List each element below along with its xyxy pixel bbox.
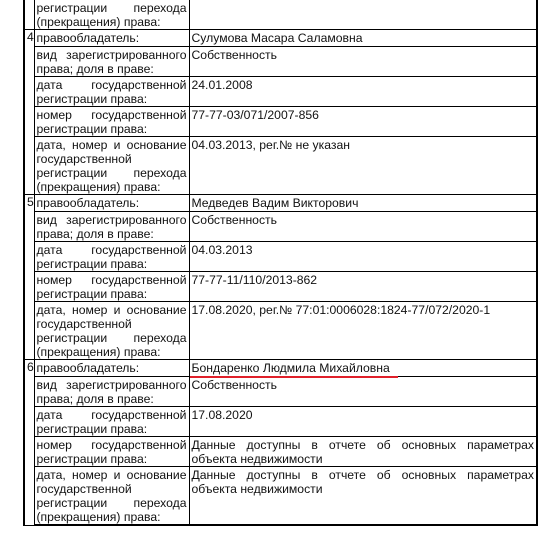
label-owner: правообладатель: (34, 30, 189, 47)
label-registration-date: дата государственной регистрации права: (34, 242, 189, 272)
row-label: регистрации перехода (прекращения) права… (34, 0, 189, 30)
value-right-type: Собственность (189, 47, 537, 77)
value-transfer-info: 04.03.2013, рег.№ не указан (189, 137, 537, 195)
label-owner: правообладатель: (34, 360, 189, 377)
table-row: 5правообладатель:Медведев Вадим Викторов… (24, 195, 537, 212)
label-right-type: вид зарегистрированного права; доля в пр… (34, 47, 189, 77)
label-right-type: вид зарегистрированного права; доля в пр… (34, 212, 189, 242)
value-right-type: Собственность (189, 377, 537, 407)
record-number: 4 (24, 30, 34, 195)
value-transfer-info: Данные доступны в отчете об основных пар… (189, 467, 537, 526)
value-registration-date: 17.08.2020 (189, 407, 537, 437)
value-right-type: Собственность (189, 212, 537, 242)
value-registration-date: 04.03.2013 (189, 242, 537, 272)
record-number-cell (24, 0, 34, 30)
table-row: дата, номер и основание государственной … (24, 467, 537, 526)
rights-register-document: регистрации перехода (прекращения) права… (23, 0, 538, 526)
label-registration-date: дата государственной регистрации права: (34, 407, 189, 437)
label-right-type: вид зарегистрированного права; доля в пр… (34, 377, 189, 407)
value-owner: Медведев Вадим Викторович (189, 195, 537, 212)
highlighted-owner-name: Бондаренко Людмила Михайловна (192, 361, 390, 375)
label-line: регистрации перехода (37, 1, 187, 15)
label-registration-date: дата государственной регистрации права: (34, 77, 189, 107)
table-row: номер государственной регистрации права:… (24, 437, 537, 467)
value-owner: Бондаренко Людмила Михайловна (189, 360, 537, 377)
table-row: вид зарегистрированного права; доля в пр… (24, 377, 537, 407)
table-row: 4правообладатель:Сулумова Масара Саламов… (24, 30, 537, 47)
value-transfer-info: 17.08.2020, рег.№ 77:01:0006028:1824-77/… (189, 302, 537, 360)
label-owner: правообладатель: (34, 195, 189, 212)
table-row: дата, номер и основание государственной … (24, 137, 537, 195)
label-transfer-info: дата, номер и основание государственной … (34, 467, 189, 526)
label-registration-number: номер государственной регистрации права: (34, 107, 189, 137)
value-owner: Сулумова Масара Саламовна (189, 30, 537, 47)
record-number: 5 (24, 195, 34, 360)
label-registration-number: номер государственной регистрации права: (34, 272, 189, 302)
value-registration-number: Данные доступны в отчете об основных пар… (189, 437, 537, 467)
table-row: вид зарегистрированного права; доля в пр… (24, 212, 537, 242)
value-registration-number: 77-77-03/071/2007-856 (189, 107, 537, 137)
label-line: (прекращения) права: (37, 15, 187, 29)
table-row: вид зарегистрированного права; доля в пр… (24, 47, 537, 77)
table-row: 6правообладатель:Бондаренко Людмила Миха… (24, 360, 537, 377)
table-row: дата, номер и основание государственной … (24, 302, 537, 360)
rights-holders-table: регистрации перехода (прекращения) права… (23, 0, 538, 526)
row-value (189, 0, 537, 30)
table-row: дата государственной регистрации права:0… (24, 242, 537, 272)
table-row-prev-tail: регистрации перехода (прекращения) права… (24, 0, 537, 30)
table-row: дата государственной регистрации права:1… (24, 407, 537, 437)
table-row: дата государственной регистрации права:2… (24, 77, 537, 107)
table-row: номер государственной регистрации права:… (24, 272, 537, 302)
label-transfer-info: дата, номер и основание государственной … (34, 137, 189, 195)
label-registration-number: номер государственной регистрации права: (34, 437, 189, 467)
label-transfer-info: дата, номер и основание государственной … (34, 302, 189, 360)
value-registration-number: 77-77-11/110/2013-862 (189, 272, 537, 302)
record-number: 6 (24, 360, 34, 526)
table-row: номер государственной регистрации права:… (24, 107, 537, 137)
value-registration-date: 24.01.2008 (189, 77, 537, 107)
